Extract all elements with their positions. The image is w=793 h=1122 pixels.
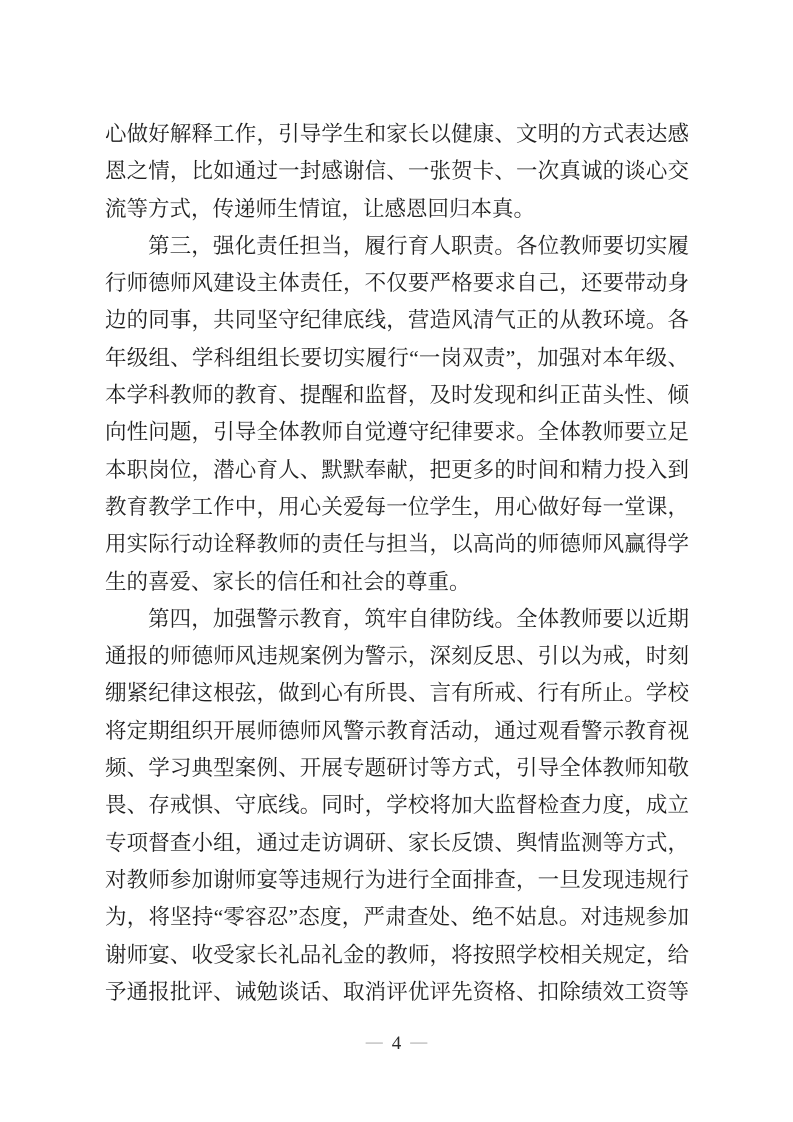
text-line: 专项督查小组，通过走访调研、家长反馈、舆情监测等方式， xyxy=(105,825,689,862)
paragraph-continuation: 心做好解释工作，引导学生和家长以健康、文明的方式表达感 恩之情，比如通过一封感谢… xyxy=(105,116,689,228)
text-line: 心做好解释工作，引导学生和家长以健康、文明的方式表达感 xyxy=(105,116,689,153)
text-line: 予通报批评、诫勉谈话、取消评优评先资格、扣除绩效工资等 xyxy=(105,974,689,1011)
document-page: 心做好解释工作，引导学生和家长以健康、文明的方式表达感 恩之情，比如通过一封感谢… xyxy=(0,0,793,1122)
text-line: 谢师宴、收受家长礼品礼金的教师，将按照学校相关规定，给 xyxy=(105,937,689,974)
text-line: 绷紧纪律这根弦，做到心有所畏、言有所戒、行有所止。学校 xyxy=(105,675,689,712)
text-line: 通报的师德师风违规案例为警示，深刻反思、引以为戒，时刻 xyxy=(105,638,689,675)
text-line: 对教师参加谢师宴等违规行为进行全面排查，一旦发现违规行 xyxy=(105,862,689,899)
text-line: 频、学习典型案例、开展专题研讨等方式，引导全体教师知敬 xyxy=(105,750,689,787)
page-number: 4 xyxy=(392,1033,402,1054)
footer-dash-left: — xyxy=(366,1032,383,1051)
paragraph-point-three: 第三，强化责任担当，履行育人职责。各位教师要切实履 行师德师风建设主体责任，不仅… xyxy=(105,228,689,601)
text-line: 教育教学工作中，用心关爱每一位学生，用心做好每一堂课， xyxy=(105,489,689,526)
page-footer: —4— xyxy=(0,1033,793,1055)
text-line: 将定期组织开展师德师风警示教育活动，通过观看警示教育视 xyxy=(105,713,689,750)
text-line: 本学科教师的教育、提醒和监督，及时发现和纠正苗头性、倾 xyxy=(105,377,689,414)
text-column: 心做好解释工作，引导学生和家长以健康、文明的方式表达感 恩之情，比如通过一封感谢… xyxy=(105,116,689,1011)
text-line: 本职岗位，潜心育人、默默奉献，把更多的时间和精力投入到 xyxy=(105,452,689,489)
text-line: 生的喜爱、家长的信任和社会的尊重。 xyxy=(105,564,689,601)
text-line: 流等方式，传递师生情谊，让感恩回归本真。 xyxy=(105,191,689,228)
text-line: 边的同事，共同坚守纪律底线，营造风清气正的从教环境。各 xyxy=(105,302,689,339)
text-line: 第三，强化责任担当，履行育人职责。各位教师要切实履 xyxy=(105,228,689,265)
footer-dash-right: — xyxy=(410,1032,427,1051)
text-line: 用实际行动诠释教师的责任与担当，以高尚的师德师风赢得学 xyxy=(105,526,689,563)
text-line: 第四，加强警示教育，筑牢自律防线。全体教师要以近期 xyxy=(105,601,689,638)
text-line: 畏、存戒惧、守底线。同时，学校将加大监督检查力度，成立 xyxy=(105,787,689,824)
text-line: 恩之情，比如通过一封感谢信、一张贺卡、一次真诚的谈心交 xyxy=(105,153,689,190)
paragraph-point-four: 第四，加强警示教育，筑牢自律防线。全体教师要以近期 通报的师德师风违规案例为警示… xyxy=(105,601,689,1011)
text-line: 行师德师风建设主体责任，不仅要严格要求自己，还要带动身 xyxy=(105,265,689,302)
text-line: 年级组、学科组组长要切实履行“一岗双责”，加强对本年级、 xyxy=(105,340,689,377)
text-line: 向性问题，引导全体教师自觉遵守纪律要求。全体教师要立足 xyxy=(105,414,689,451)
text-line: 为，将坚持“零容忍”态度，严肃查处、绝不姑息。对违规参加 xyxy=(105,899,689,936)
